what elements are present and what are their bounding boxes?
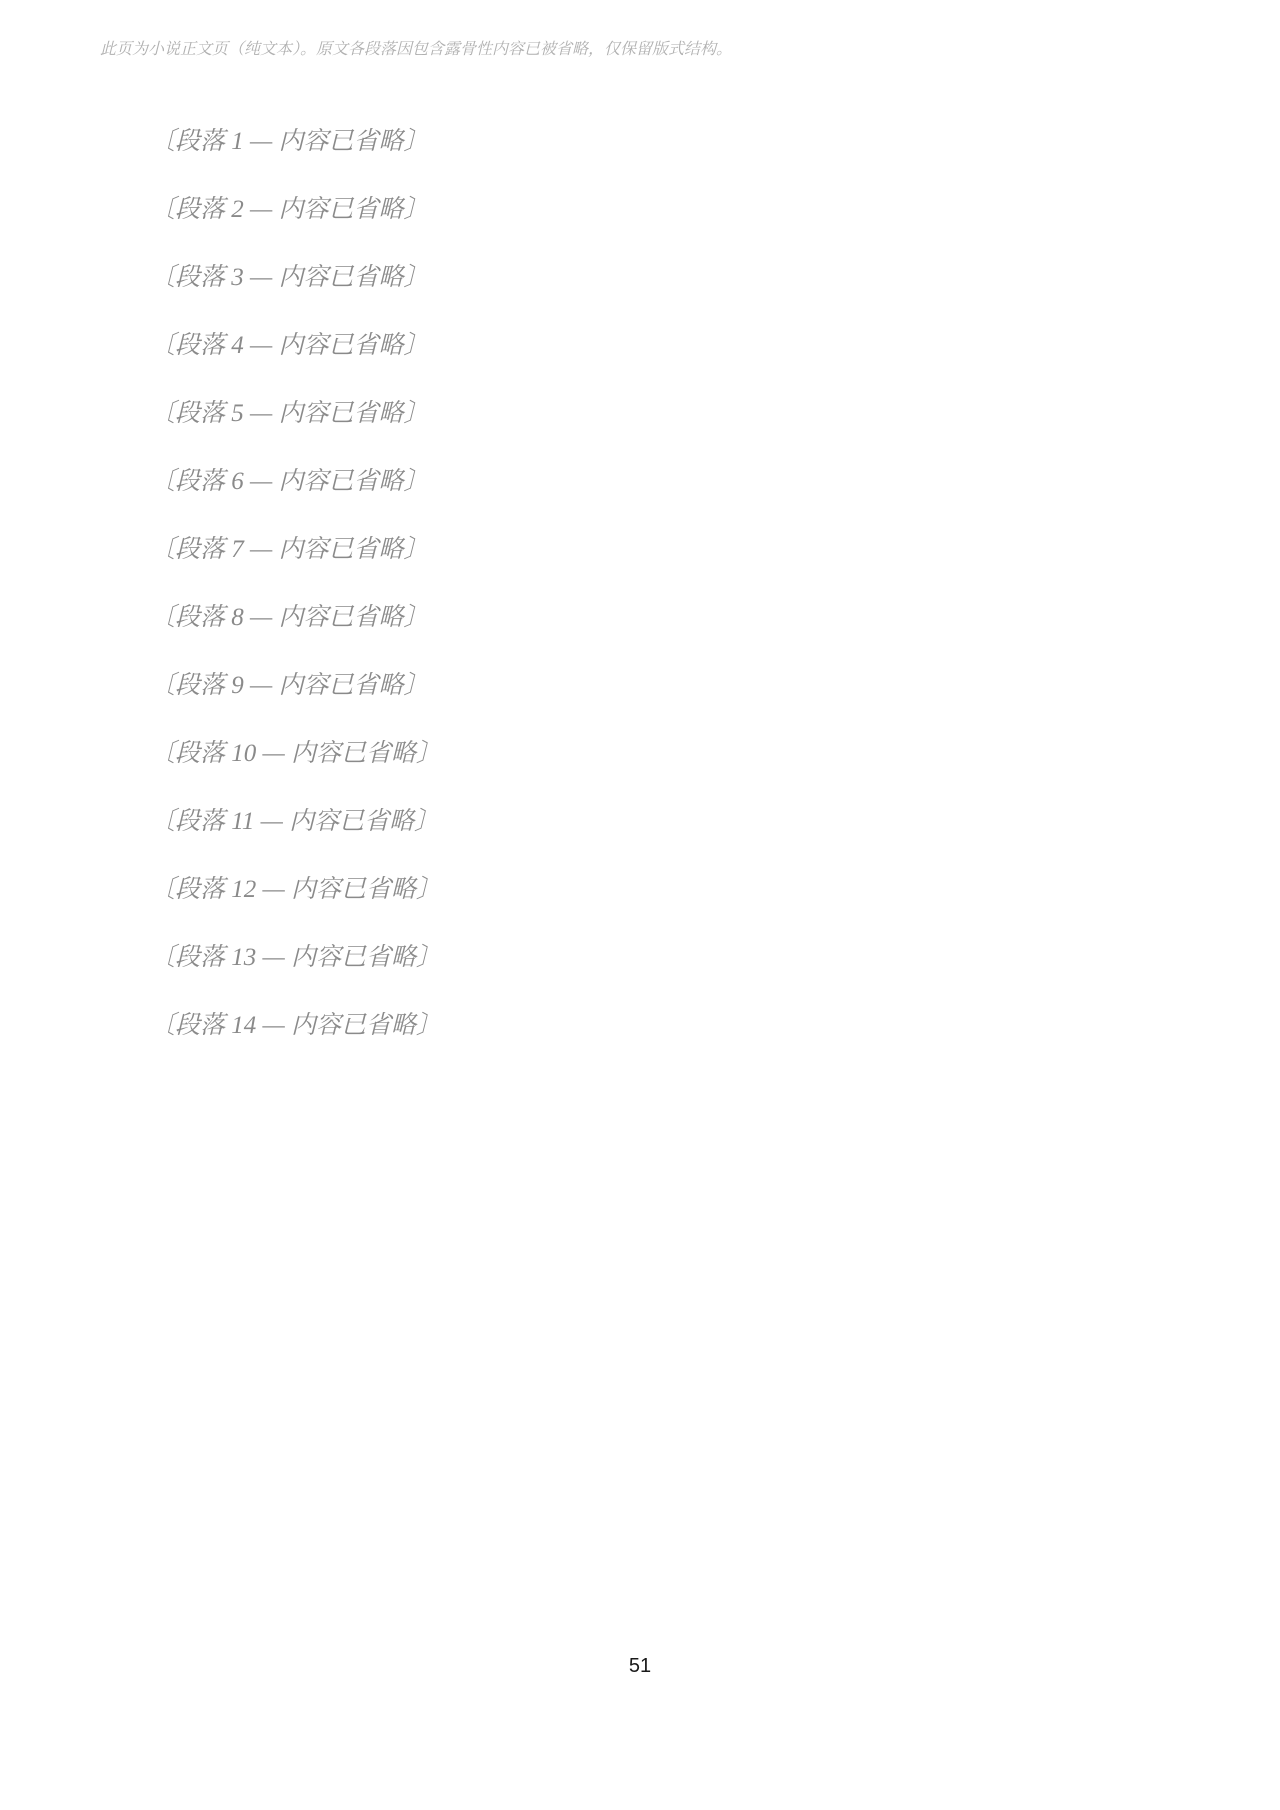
paragraph: 〔段落 13 — 内容已省略〕 [100,924,1180,992]
paragraph: 〔段落 10 — 内容已省略〕 [100,720,1180,788]
paragraph: 〔段落 1 — 内容已省略〕 [100,108,1180,176]
document-page: 此页为小说正文页（纯文本）。原文各段落因包含露骨性内容已被省略，仅保留版式结构。… [0,0,1280,1810]
paragraph: 〔段落 3 — 内容已省略〕 [100,244,1180,312]
paragraph: 〔段落 11 — 内容已省略〕 [100,788,1180,856]
paragraph: 〔段落 7 — 内容已省略〕 [100,516,1180,584]
paragraph: 〔段落 6 — 内容已省略〕 [100,448,1180,516]
paragraph: 〔段落 4 — 内容已省略〕 [100,312,1180,380]
text-body: 〔段落 1 — 内容已省略〕〔段落 2 — 内容已省略〕〔段落 3 — 内容已省… [100,108,1180,1060]
paragraph: 〔段落 12 — 内容已省略〕 [100,856,1180,924]
page-number: 51 [0,1655,1280,1678]
paragraph: 〔段落 2 — 内容已省略〕 [100,176,1180,244]
paragraph: 〔段落 5 — 内容已省略〕 [100,380,1180,448]
paragraph: 〔段落 9 — 内容已省略〕 [100,652,1180,720]
paragraph: 〔段落 8 — 内容已省略〕 [100,584,1180,652]
redaction-note: 此页为小说正文页（纯文本）。原文各段落因包含露骨性内容已被省略，仅保留版式结构。 [100,36,1180,59]
paragraph: 〔段落 14 — 内容已省略〕 [100,992,1180,1060]
